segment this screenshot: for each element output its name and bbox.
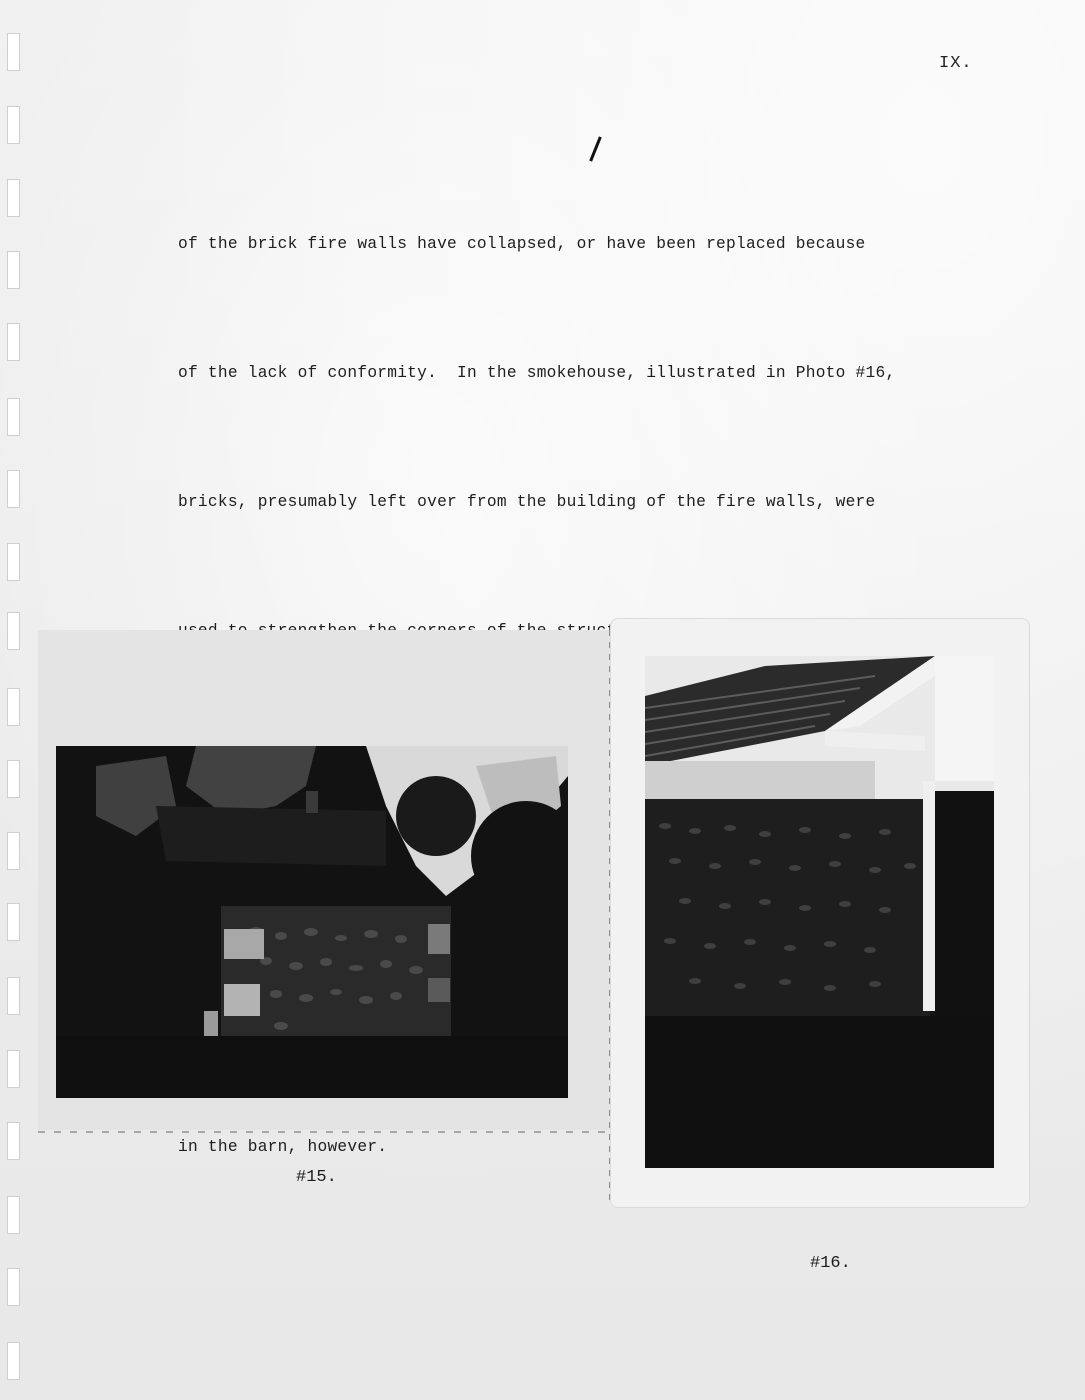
photo-mount-edge	[38, 1131, 610, 1133]
photo-caption-16: #16.	[810, 1254, 851, 1273]
binding-hole	[7, 179, 20, 217]
photo-caption-15: #15.	[296, 1168, 337, 1187]
binding-hole	[7, 1050, 20, 1088]
binding-hole	[7, 323, 20, 361]
binding-hole	[7, 33, 20, 71]
binding-hole	[7, 977, 20, 1015]
binding-hole	[7, 470, 20, 508]
page-number: IX.	[939, 54, 973, 73]
binding-hole	[7, 1122, 20, 1160]
binding-hole	[7, 398, 20, 436]
binding-hole	[7, 1196, 20, 1234]
photo-16	[645, 656, 994, 1168]
binding-hole	[7, 1268, 20, 1306]
binding-hole	[7, 1342, 20, 1380]
smokehouse-photo-image	[56, 746, 568, 1098]
binding-hole	[7, 903, 20, 941]
text-line: of the brick fire walls have collapsed, …	[178, 223, 968, 266]
photo-15	[56, 746, 568, 1098]
text-line: of the lack of conformity. In the smokeh…	[178, 352, 968, 395]
binding-hole	[7, 760, 20, 798]
text-line: bricks, presumably left over from the bu…	[178, 481, 968, 524]
binding-hole	[7, 688, 20, 726]
binding-hole	[7, 251, 20, 289]
binding-hole	[7, 832, 20, 870]
smokehouse-corner-photo-image	[645, 656, 994, 1168]
binding-hole	[7, 106, 20, 144]
binding-hole	[7, 543, 20, 581]
binding-hole	[7, 612, 20, 650]
